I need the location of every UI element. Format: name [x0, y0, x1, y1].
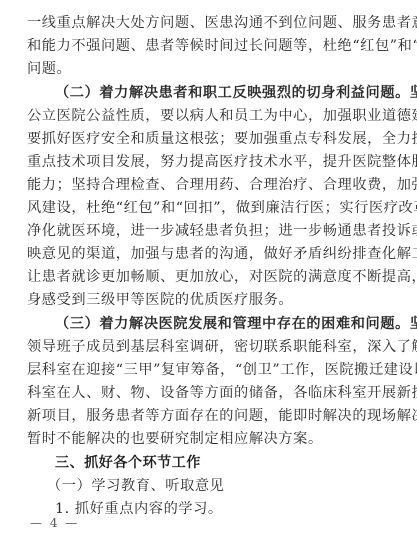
body-text-line: 科室在人、财、物、设备等方面的储备，各临床科室开展新技术、 [27, 382, 397, 404]
body-text-line: 映意见的渠道，加强与患者的沟通，做好矛盾纠纷排查化解工作， [27, 243, 397, 265]
body-text-line: 领导班子成员到基层科室调研，密切联系职能科室，深入了解基 [27, 336, 397, 358]
body-text-line: 一线重点解决大处方问题、医患沟通不到位问题、服务患者意识 [27, 12, 397, 34]
body-text-line: 重点技术项目发展，努力提高医疗技术水平，提升医院整体服务 [27, 151, 397, 173]
body-text-line: 问题。 [27, 58, 397, 80]
page-number: — 4 — [30, 516, 79, 530]
body-text-line: 暂时不能解决的也要研究制定相应解决方案。 [27, 428, 397, 450]
body-text-line: 能力；坚持合理检查、合理用药、合理治疗、合理收费，加强行 [27, 174, 397, 196]
body-text-line: 让患者就诊更加畅顺、更加放心，对医院的满意度不断提高，切 [27, 266, 397, 288]
section-heading-2-text: （二）着力解决患者和职工反映强烈的切身利益问题。坚持 [55, 85, 417, 101]
body-text-line: 公立医院公益性质，要以病人和员工为中心，加强职业道德建设， [27, 105, 397, 127]
body-text-line: 身感受到三级甲等医院的优质医疗服务。 [27, 289, 397, 311]
chapter-heading: 三、抓好各个环节工作 [27, 452, 397, 474]
body-text-line: 和能力不强问题、患者等候时间过长问题等，杜绝“红包”和“回扣” [27, 35, 397, 57]
section-heading-2: （二）着力解决患者和职工反映强烈的切身利益问题。坚持 [27, 82, 397, 104]
numbered-item: 1. 抓好重点内容的学习。 [27, 498, 397, 520]
body-text-line: 净化就医环境，进一步减轻患者负担；进一步畅通患者投诉或反 [27, 220, 397, 242]
section-heading-3-text: （三）着力解决医院发展和管理中存在的困难和问题。坚持 [55, 316, 417, 332]
subsection-heading: （一）学习教育、听取意见 [27, 475, 397, 497]
body-text-line: 风建设，杜绝“红包”和“回扣”，做到廉洁行医；实行医疗改革， [27, 197, 397, 219]
body-text-line: 新项目，服务患者等方面存在的问题，能即时解决的现场解决， [27, 405, 397, 427]
section-heading-3: （三）着力解决医院发展和管理中存在的困难和问题。坚持 [27, 313, 397, 335]
body-text-line: 层科室在迎接“三甲”复审筹备，“创卫”工作，医院搬迁建设以及 [27, 359, 397, 381]
body-text-line: 要抓好医疗安全和质量这根弦；要加强重点专科发展，全力扶持 [27, 128, 397, 150]
